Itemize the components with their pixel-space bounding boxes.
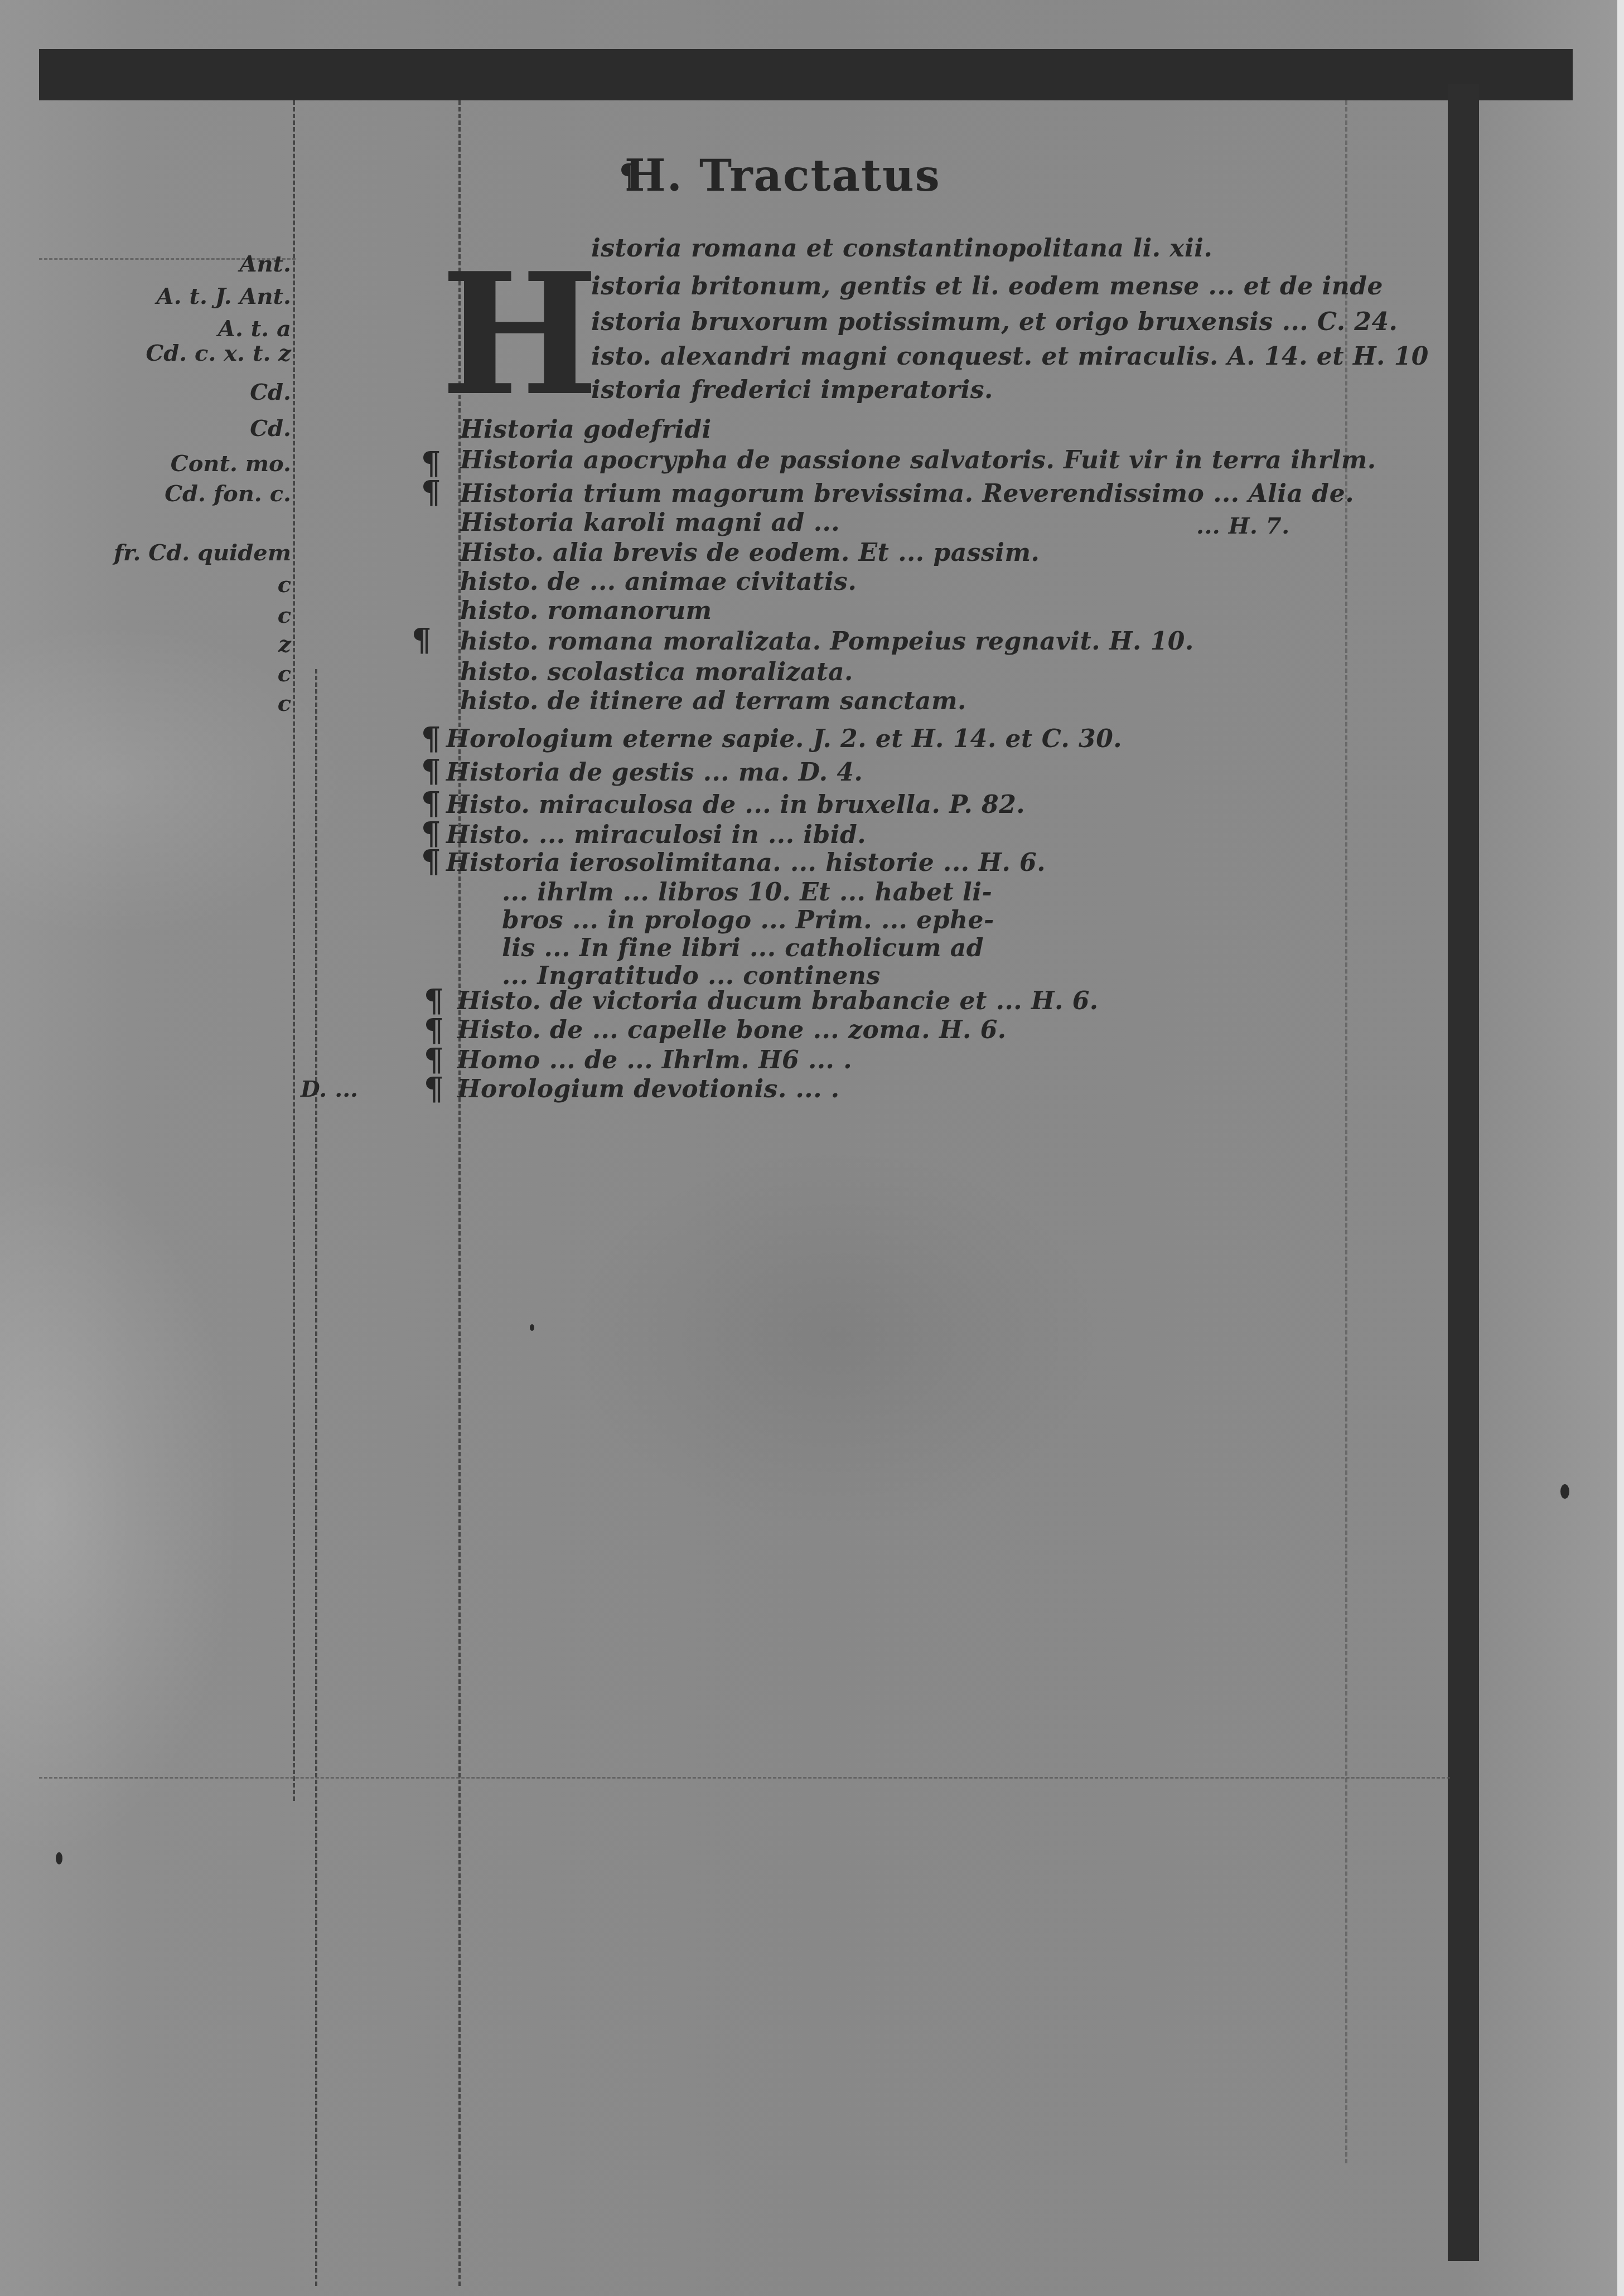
margin-note: c <box>278 690 291 716</box>
entry-line: Historia karoli magni ad ... <box>460 508 840 537</box>
entry-line: histo. romanorum <box>460 597 712 625</box>
margin-note: Cd. <box>250 415 291 442</box>
entry-line: Histo. de ... capelle bone ... zoma. H. … <box>457 1016 1007 1044</box>
margin-rule-left-lower <box>315 669 317 2286</box>
margin-note: c <box>278 571 291 598</box>
manuscript-page: ¶ H. Tractatus H Ant. istoria romana et … <box>0 0 1624 2296</box>
entry-line: histo. de itinere ad terram sanctam. <box>460 687 966 715</box>
pilcrow-icon: ¶ <box>424 1071 444 1107</box>
text-rule-right <box>1345 100 1347 2163</box>
page-edge <box>1617 0 1624 2296</box>
entry-line: lis ... In fine libri ... catholicum ad <box>502 934 984 962</box>
entry-line: istoria romana et constantinopolitana li… <box>591 234 1212 263</box>
ink-blot <box>1560 1484 1569 1499</box>
margin-note: c <box>278 602 291 628</box>
entry-line: Horologium devotionis. ... . <box>457 1075 840 1103</box>
entry-line: Histo. de victoria ducum brabancie et ..… <box>457 987 1099 1015</box>
pilcrow-icon: ¶ <box>421 843 441 880</box>
entry-line: Historia de gestis ... ma. D. 4. <box>446 758 863 787</box>
entry-line: Historia trium magorum brevissima. Rever… <box>460 479 1354 508</box>
entry-line: histo. scolastica moralizata. <box>460 658 853 686</box>
ink-blot <box>56 1852 62 1864</box>
pilcrow-icon: ¶ <box>412 622 432 658</box>
margin-note: c <box>278 661 291 687</box>
ink-blot <box>530 1324 534 1331</box>
entry-line: istoria bruxorum potissimum, et origo br… <box>591 308 1398 336</box>
margin-note: A. t. a <box>218 316 291 342</box>
margin-rule-left <box>293 100 295 1801</box>
entry-line: istoria frederici imperatoris. <box>591 376 993 404</box>
entry-line: isto. alexandri magni conquest. et mirac… <box>591 342 1429 371</box>
pilcrow-icon: ¶ <box>421 474 441 511</box>
margin-note: Cd. fon. c. <box>165 481 291 507</box>
margin-note: A. t. J. Ant. <box>157 283 291 309</box>
margin-note: D. ... <box>301 1076 358 1102</box>
entry-line: Historia ierosolimitana. ... historie ..… <box>446 849 1046 877</box>
entry-line: bros ... in prologo ... Prim. ... ephe- <box>502 906 994 934</box>
entry-line: ... Ingratitudo ... continens <box>502 962 881 990</box>
entry-line: istoria britonum, gentis et li. eodem me… <box>591 272 1383 301</box>
margin-note: Cont. mo. <box>171 451 291 477</box>
margin-note: Cd. c. x. t. z <box>146 340 291 366</box>
entry-line: Histo. miraculosa de ... in bruxella. P.… <box>446 791 1025 819</box>
entry-line: Horologium eterne sapie. J. 2. et H. 14.… <box>446 725 1122 753</box>
entry-line: Homo ... de ... Ihrlm. H6 ... . <box>457 1046 852 1074</box>
pilcrow-icon: ¶ <box>421 720 441 757</box>
entry-line: Historia apocrypha de passione salvatori… <box>460 446 1376 474</box>
top-rule-bar <box>39 49 1573 100</box>
entry-line: Histo. ... miraculosi in ... ibid. <box>446 821 866 849</box>
page-title: H. Tractatus <box>625 151 941 201</box>
entry-line: histo. romana moralizata. Pompeius regna… <box>460 627 1194 656</box>
right-rule-bar <box>1448 84 1479 2261</box>
margin-note: z <box>278 631 291 657</box>
entry-annotation: ... H. 7. <box>1196 513 1290 539</box>
entry-line: Histo. alia brevis de eodem. Et ... pass… <box>460 539 1040 567</box>
decorated-initial: H <box>441 251 598 418</box>
entry-line: Historia godefridi <box>460 415 712 444</box>
margin-note: Cd. <box>250 379 291 405</box>
margin-note: fr. Cd. quidem <box>114 540 291 566</box>
entry-line: ... ihrlm ... libros 10. Et ... habet li… <box>502 878 992 907</box>
bottom-rule <box>39 1777 1450 1779</box>
pilcrow-icon: ¶ <box>421 753 441 789</box>
entry-line: histo. de ... animae civitatis. <box>460 568 857 596</box>
margin-note: Ant. <box>239 251 291 277</box>
